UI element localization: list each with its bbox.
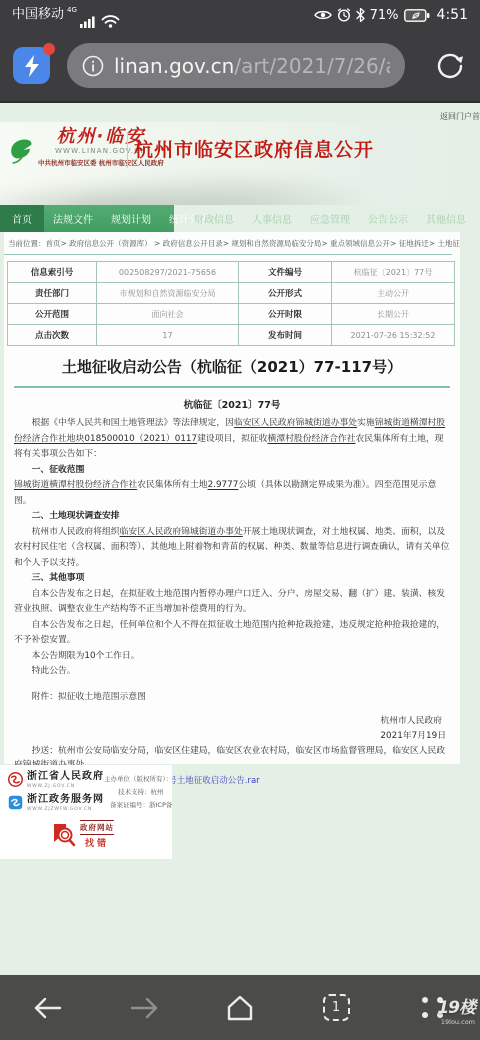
- signature-date: 2021年7月19日: [14, 728, 450, 741]
- text-segment: 农民集体所有土地: [137, 480, 207, 490]
- page-info-icon[interactable]: [82, 55, 104, 77]
- text-segment: 本公告期限为10个工作日。: [32, 651, 140, 661]
- home-button[interactable]: [216, 984, 264, 1032]
- battery-saver-icon: [404, 9, 430, 22]
- network-type-badge: 4G: [67, 6, 77, 14]
- text-segment: 附件：拟征收土地范围示意图: [32, 692, 146, 702]
- nav-tab-secondary-1[interactable]: 人事信息: [252, 211, 292, 226]
- text-segment: 临安区人民政府锦城街道办事处: [120, 527, 243, 537]
- footer-info: 主办单位（版权所有）：技术支持：杭州备案证编号：浙ICP备05: [104, 773, 172, 812]
- text-segment: 杭州市人民政府将组织: [32, 527, 120, 537]
- home-icon: [225, 994, 255, 1022]
- table-row: 点击次数17发布时间2021-07-26 15:32:52: [8, 324, 454, 345]
- paragraph: 本公告期限为10个工作日。: [14, 649, 450, 665]
- wifi-icon: [101, 14, 120, 29]
- text-segment: 自本公告发布之日起，任何单位和个人不得在拟征收土地范围内抢种抢栽抢建，违反规定抢…: [14, 620, 445, 646]
- site-page-title: 杭州市临安区政府信息公开: [134, 135, 374, 162]
- article-body: 根据《中华人民共和国土地管理法》等法律规定，因临安区人民政府锦城街道办事处实施锦…: [14, 416, 450, 705]
- badge-line2: 找错: [80, 836, 114, 849]
- section-heading: 三、其他事项: [14, 571, 450, 587]
- table-label: 公开时限: [238, 304, 331, 324]
- table-value: 2021-07-26 15:32:52: [331, 325, 454, 345]
- menu-button[interactable]: [408, 984, 456, 1032]
- content-card: 当前位置：首页> 政府信息公开（资源库） > 政府信息公开目录> 规划和自然资源…: [4, 232, 460, 764]
- forward-button[interactable]: [120, 984, 168, 1032]
- url-text[interactable]: linan.gov.cn/art/2021/7/26/a: [114, 54, 390, 78]
- back-button[interactable]: [24, 984, 72, 1032]
- table-value: 杭临征〔2021〕77号: [331, 262, 454, 282]
- eye-comfort-icon: [314, 9, 332, 21]
- status-right: 71% 4:51: [314, 7, 468, 23]
- notification-dot: [43, 43, 55, 55]
- badge-line1: 政府网站: [80, 820, 114, 835]
- paragraph: 自本公告发布之日起，在拟征收土地范围内暂停办理户口迁入、分户、房屋交易、翻（扩）…: [14, 587, 450, 618]
- table-value: 17: [96, 325, 238, 345]
- zj-service-emblem-icon: [8, 795, 23, 810]
- phone-screen: 中国移动 4G 7: [0, 0, 480, 1040]
- text-segment: 实施: [357, 418, 375, 428]
- text-segment: 临安区人民政府锦城街道办事处: [234, 418, 357, 428]
- zj-gov-emblem-icon: [8, 772, 23, 787]
- article-title: 土地征收启动公告（杭临征（2021）77-117号）: [14, 356, 450, 377]
- page-footer: 浙江省人民政府 WWW.ZJ.GOV.CN 浙江政务服务网 WWW.ZJZWFW…: [0, 765, 172, 859]
- zj-service-name: 浙江政务服务网: [27, 795, 104, 805]
- table-label: 公开形式: [238, 283, 331, 303]
- paragraph: 杭州市人民政府将组织临安区人民政府锦城街道办事处开展土地现状调查，对土地权属、地…: [14, 525, 450, 572]
- table-row: 责任部门市规划和自然资源临安分局公开形式主动公开: [8, 282, 454, 303]
- text-segment: 自本公告发布之日起，在拟征收土地范围内暂停办理户口迁入、分户、房屋交易、翻（扩）…: [14, 589, 445, 615]
- bottom-nav-bar: 1: [0, 975, 480, 1040]
- magnifier-flag-icon: [52, 822, 76, 848]
- menu-dots-icon: [422, 997, 443, 1018]
- signal-strength-icon: [80, 15, 98, 29]
- title-divider: [14, 386, 450, 388]
- text-segment: 特此公告。: [32, 666, 76, 676]
- battery-percent-label: 71%: [370, 8, 399, 23]
- table-label: 文件编号: [238, 262, 331, 282]
- breadcrumb-divider: [4, 254, 452, 255]
- secondary-tabs: 财政信息人事信息应急管理公告公示其他信息: [174, 205, 466, 232]
- footer-info-line: 技术支持：杭州: [104, 786, 172, 799]
- zj-service-logo[interactable]: 浙江政务服务网 WWW.ZJZWFW.GOV.CN: [8, 795, 104, 815]
- table-label: 公开范围: [8, 304, 96, 324]
- table-value: 002508297/2021-75656: [96, 262, 238, 282]
- forward-arrow-icon: [129, 996, 159, 1020]
- section-heading: 二、土地现状调查安排: [14, 509, 450, 525]
- breadcrumb[interactable]: 当前位置：首页> 政府信息公开（资源库） > 政府信息公开目录> 规划和自然资源…: [8, 238, 460, 249]
- footer-info-line: 主办单位（版权所有）：: [104, 773, 172, 786]
- site-header-banner: 杭州·临安 WWW.LINAN.GOV.CN 中共杭州市临安区委 杭州市临安区人…: [0, 122, 480, 205]
- text-segment: 锦城街道横潭村股份经济合作社: [14, 480, 137, 490]
- zj-service-url: WWW.ZJZWFW.GOV.CN: [27, 805, 104, 815]
- site-error-report-badge[interactable]: 政府网站 找错: [52, 820, 114, 849]
- primary-tabs: 首页法规文件规划计划统计分析: [0, 205, 174, 232]
- table-value: 长期公开: [331, 304, 454, 324]
- table-row: 公开范围面向社会公开时限长期公开: [8, 303, 454, 324]
- nav-tab-secondary-2[interactable]: 应急管理: [310, 211, 350, 226]
- nav-tab-secondary-0[interactable]: 财政信息: [194, 211, 234, 226]
- paragraph: 自本公告发布之日起，任何单位和个人不得在拟征收土地范围内抢种抢栽抢建，违反规定抢…: [14, 618, 450, 649]
- signature: 杭州市人民政府: [14, 713, 450, 726]
- refresh-button[interactable]: [433, 49, 467, 83]
- url-host: linan.gov.cn: [114, 54, 234, 78]
- main-navigation: 首页法规文件规划计划统计分析 财政信息人事信息应急管理公告公示其他信息: [0, 205, 480, 232]
- browser-app-icon[interactable]: [13, 47, 50, 84]
- table-value: 面向社会: [96, 304, 238, 324]
- text-segment: 根据《中华人民共和国土地管理法》等法律规定，因: [32, 418, 234, 428]
- zj-gov-texts: 浙江省人民政府 WWW.ZJ.GOV.CN: [27, 772, 104, 792]
- zj-gov-logo[interactable]: 浙江省人民政府 WWW.ZJ.GOV.CN: [8, 772, 104, 792]
- nav-tab-primary-1[interactable]: 法规文件: [44, 205, 102, 232]
- table-label: 责任部门: [8, 283, 96, 303]
- document-number: 杭临征〔2021〕77号: [14, 397, 450, 411]
- portal-home-link[interactable]: 返回门户首页: [440, 111, 480, 122]
- alarm-icon: [337, 8, 351, 22]
- paragraph: 特此公告。: [14, 664, 450, 680]
- table-label: 点击次数: [8, 325, 96, 345]
- browser-toolbar: linan.gov.cn/art/2021/7/26/a: [0, 30, 480, 103]
- header-divider: [127, 132, 128, 168]
- zj-service-texts: 浙江政务服务网 WWW.ZJZWFW.GOV.CN: [27, 795, 104, 815]
- paragraph: 根据《中华人民共和国土地管理法》等法律规定，因临安区人民政府锦城街道办事处实施锦…: [14, 416, 450, 463]
- back-arrow-icon: [33, 996, 63, 1020]
- zj-gov-url: WWW.ZJ.GOV.CN: [27, 782, 104, 792]
- ginkgo-leaf-icon: [8, 135, 34, 165]
- webpage: 返回门户首页 杭州·临安 WWW.LINAN.GOV.CN 中共杭州市临安区委 …: [0, 105, 480, 975]
- nav-tab-secondary-4[interactable]: 其他信息: [426, 211, 466, 226]
- status-left: 中国移动 4G: [12, 1, 120, 29]
- nav-tab-primary-0[interactable]: 首页: [0, 205, 44, 232]
- table-value: 主动公开: [331, 283, 454, 303]
- text-segment: 横潭村股份经济合作社: [268, 434, 356, 444]
- table-value: 市规划和自然资源临安分局: [96, 283, 238, 303]
- footer-info-line: 备案证编号：浙ICP备05: [104, 799, 172, 812]
- refresh-icon: [433, 49, 467, 83]
- badge-texts: 政府网站 找错: [80, 820, 114, 849]
- table-row: 信息索引号002508297/2021-75656文件编号杭临征〔2021〕77…: [8, 262, 454, 282]
- carrier-label: 中国移动: [12, 1, 64, 29]
- tabs-button[interactable]: 1: [312, 984, 360, 1032]
- nav-tab-primary-2[interactable]: 规划计划: [102, 205, 160, 232]
- table-label: 发布时间: [238, 325, 331, 345]
- article: 土地征收启动公告（杭临征（2021）77-117号） 杭临征〔2021〕77号 …: [4, 344, 460, 786]
- text-segment: 2.9777: [208, 480, 239, 490]
- table-label: 信息索引号: [8, 262, 96, 282]
- info-table: 信息索引号002508297/2021-75656文件编号杭临征〔2021〕77…: [7, 261, 455, 346]
- paragraph: 附件：拟征收土地范围示意图: [14, 690, 450, 706]
- url-path: /art/2021/7/26/a: [234, 54, 390, 78]
- clock-label: 4:51: [437, 7, 468, 23]
- section-heading: 一、征收范围: [14, 463, 450, 479]
- lightning-icon: [23, 55, 41, 77]
- tab-count: 1: [323, 994, 350, 1021]
- bluetooth-icon: [356, 8, 365, 22]
- status-bar: 中国移动 4G 7: [0, 0, 480, 30]
- paragraph: 锦城街道横潭村股份经济合作社农民集体所有土地2.9777公顷（具体以勘测定界成果…: [14, 478, 450, 509]
- url-bar[interactable]: linan.gov.cn/art/2021/7/26/a: [67, 43, 405, 88]
- text-segment: 建设项目，拟征收: [197, 434, 267, 444]
- nav-tab-secondary-3[interactable]: 公告公示: [368, 211, 408, 226]
- zj-gov-name: 浙江省人民政府: [27, 772, 104, 782]
